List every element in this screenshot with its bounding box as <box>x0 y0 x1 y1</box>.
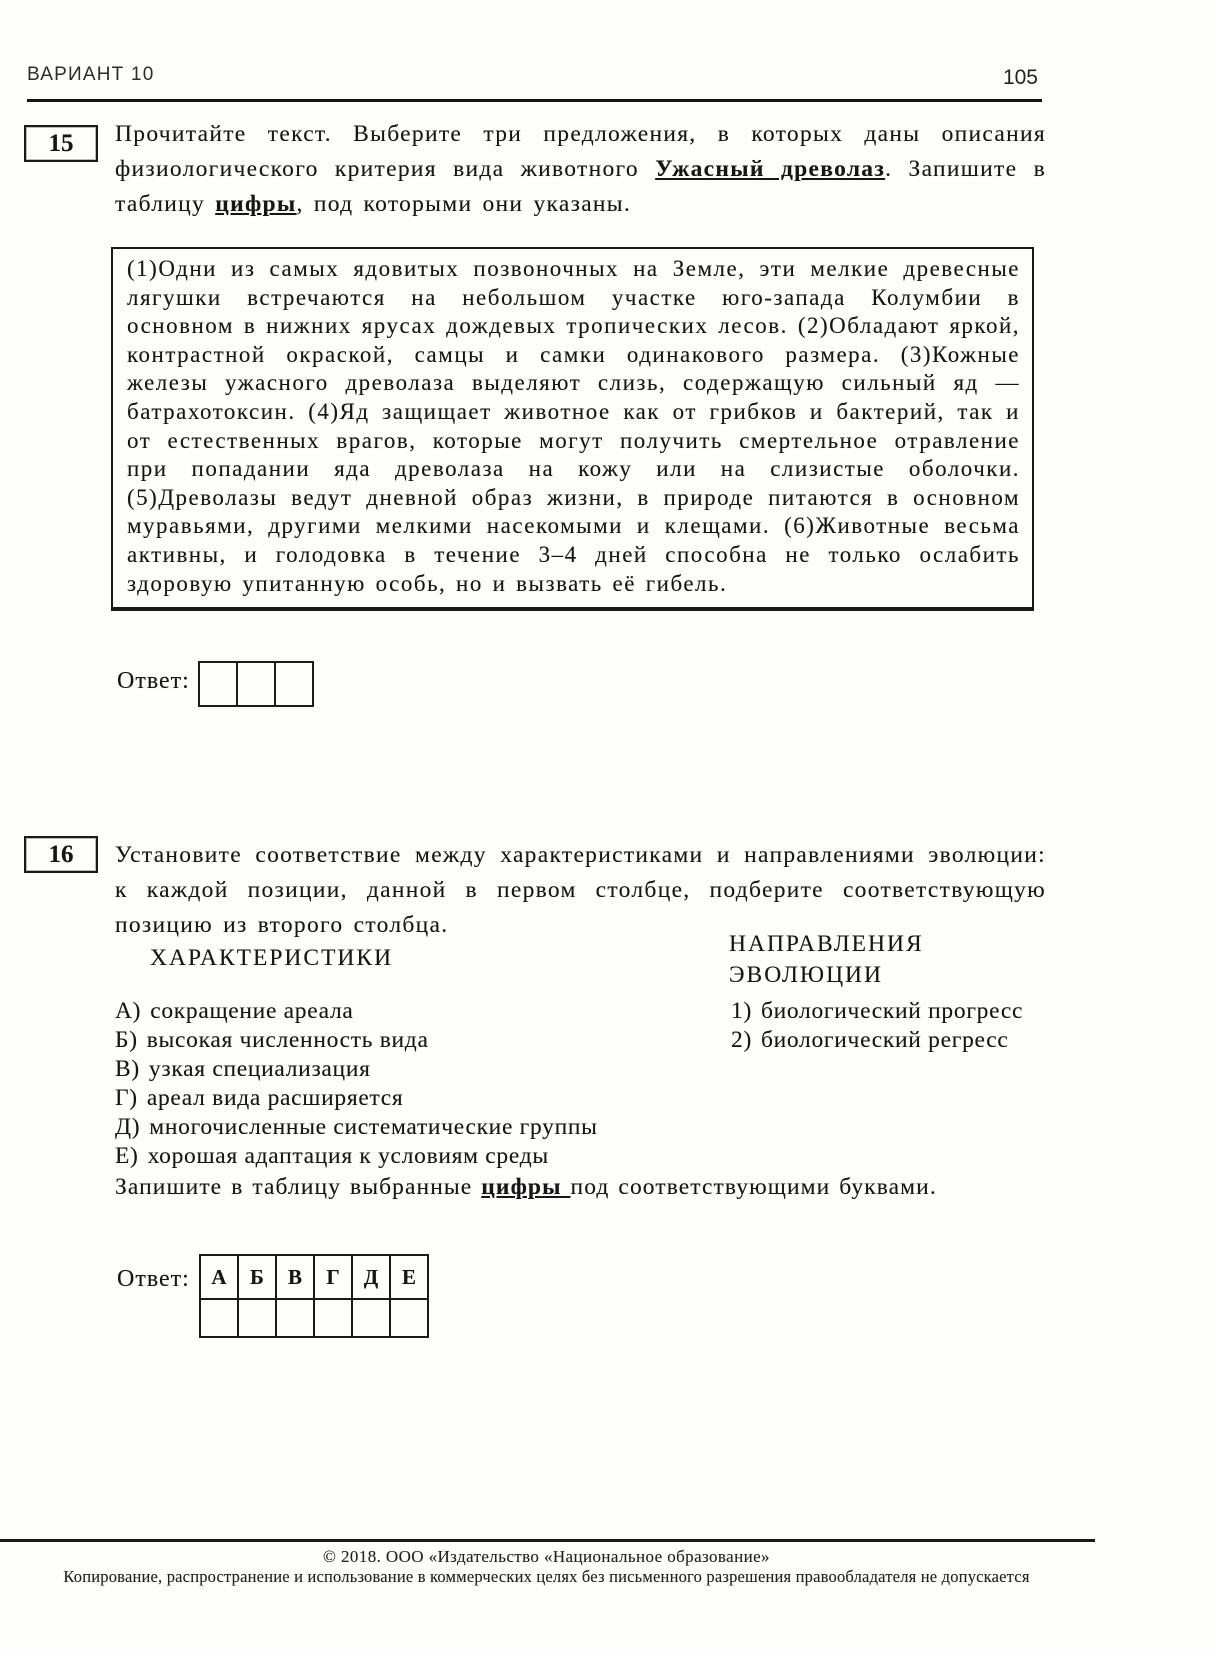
answer-15-row <box>199 662 313 706</box>
characteristic-item-v: В)узкая специализация <box>115 1055 598 1084</box>
item-text: биологический регресс <box>761 1027 1009 1053</box>
item-text: многочисленные систематические группы <box>149 1114 597 1140</box>
header-rule <box>27 99 1042 102</box>
answer-16-blank-row <box>200 1299 428 1337</box>
answer-16-cell-e <box>390 1299 428 1337</box>
question-16-number-box: 16 <box>24 836 98 873</box>
answer-16-header-b: Б <box>238 1255 276 1299</box>
item-label: А) <box>115 997 141 1026</box>
answer-15-cell-2 <box>237 662 275 706</box>
answer-16-label: Ответ: <box>117 1266 190 1293</box>
footer-rule <box>0 1539 1095 1542</box>
answer-16-header-row: А Б В Г Д Е <box>200 1255 428 1299</box>
characteristic-item-e: Е)хорошая адаптация к условиям среды <box>115 1142 598 1171</box>
answer-16-cell-a <box>200 1299 238 1337</box>
answer-16-cell-g <box>314 1299 352 1337</box>
exam-page: ВАРИАНТ 10 105 15 Прочитайте текст. Выбе… <box>0 0 1216 1654</box>
footer-notice: Копирование, распространение и использов… <box>0 1567 1093 1587</box>
item-label: Е) <box>115 1142 139 1171</box>
item-label: 1) <box>731 997 752 1026</box>
answer-16-cell-d <box>352 1299 390 1337</box>
answer-15-table <box>198 661 314 707</box>
footer-copyright: © 2018. ООО «Издательство «Национальное … <box>0 1547 1093 1567</box>
direction-item-2: 2)биологический регресс <box>731 1026 1023 1055</box>
item-label: Д) <box>115 1113 140 1142</box>
question-16-number: 16 <box>49 841 74 869</box>
answer-16-header-v: В <box>276 1255 314 1299</box>
item-text: биологический прогресс <box>761 998 1023 1024</box>
question-15-prompt: Прочитайте текст. Выберите три предложен… <box>115 117 1046 222</box>
answer-15-cell-1 <box>199 662 237 706</box>
answer-15-cell-3 <box>275 662 313 706</box>
question-16-write-instruction: Запишите в таблицу выбранные цифры под с… <box>115 1174 1046 1201</box>
answer-16-header-a: А <box>200 1255 238 1299</box>
item-text: высокая численность вида <box>147 1027 429 1053</box>
question-15-passage: (1)Одни из самых ядовитых позвоночных на… <box>127 256 1020 596</box>
answer-16-cell-v <box>276 1299 314 1337</box>
answer-16-table: А Б В Г Д Е <box>199 1254 429 1338</box>
directions-header-line1: НАПРАВЛЕНИЯ <box>729 929 924 960</box>
answer-15-label: Ответ: <box>117 668 190 695</box>
characteristics-list: А)сокращение ареала Б)высокая численност… <box>115 997 598 1171</box>
characteristic-item-d: Д)многочисленные систематические группы <box>115 1113 598 1142</box>
item-label: Б) <box>115 1026 138 1055</box>
item-text: хорошая адаптация к условиям среды <box>148 1143 549 1169</box>
characteristic-item-a: А)сокращение ареала <box>115 997 598 1026</box>
question-15-number: 15 <box>49 130 74 158</box>
answer-16-header-d: Д <box>352 1255 390 1299</box>
answer-16-header-e: Е <box>390 1255 428 1299</box>
characteristics-column-header: ХАРАКТЕРИСТИКИ <box>150 945 393 972</box>
question-15-number-box: 15 <box>24 125 98 162</box>
item-text: ареал вида расширяется <box>147 1085 404 1111</box>
item-label: Г) <box>115 1084 138 1113</box>
question-16-prompt: Установите соответствие между характерис… <box>115 838 1046 943</box>
page-number: 105 <box>27 66 1038 90</box>
directions-column-header: НАПРАВЛЕНИЯ ЭВОЛЮЦИИ <box>729 929 924 991</box>
item-label: В) <box>115 1055 140 1084</box>
direction-item-1: 1)биологический прогресс <box>731 997 1023 1026</box>
answer-16-header-g: Г <box>314 1255 352 1299</box>
directions-header-line2: ЭВОЛЮЦИИ <box>729 960 924 991</box>
item-label: 2) <box>731 1026 752 1055</box>
answer-16-cell-b <box>238 1299 276 1337</box>
item-text: сокращение ареала <box>150 998 353 1024</box>
directions-list: 1)биологический прогресс 2)биологический… <box>731 997 1023 1055</box>
item-text: узкая специализация <box>149 1056 371 1082</box>
question-15-passage-box: (1)Одни из самых ядовитых позвоночных на… <box>111 247 1034 611</box>
characteristic-item-b: Б)высокая численность вида <box>115 1026 598 1055</box>
characteristic-item-g: Г)ареал вида расширяется <box>115 1084 598 1113</box>
